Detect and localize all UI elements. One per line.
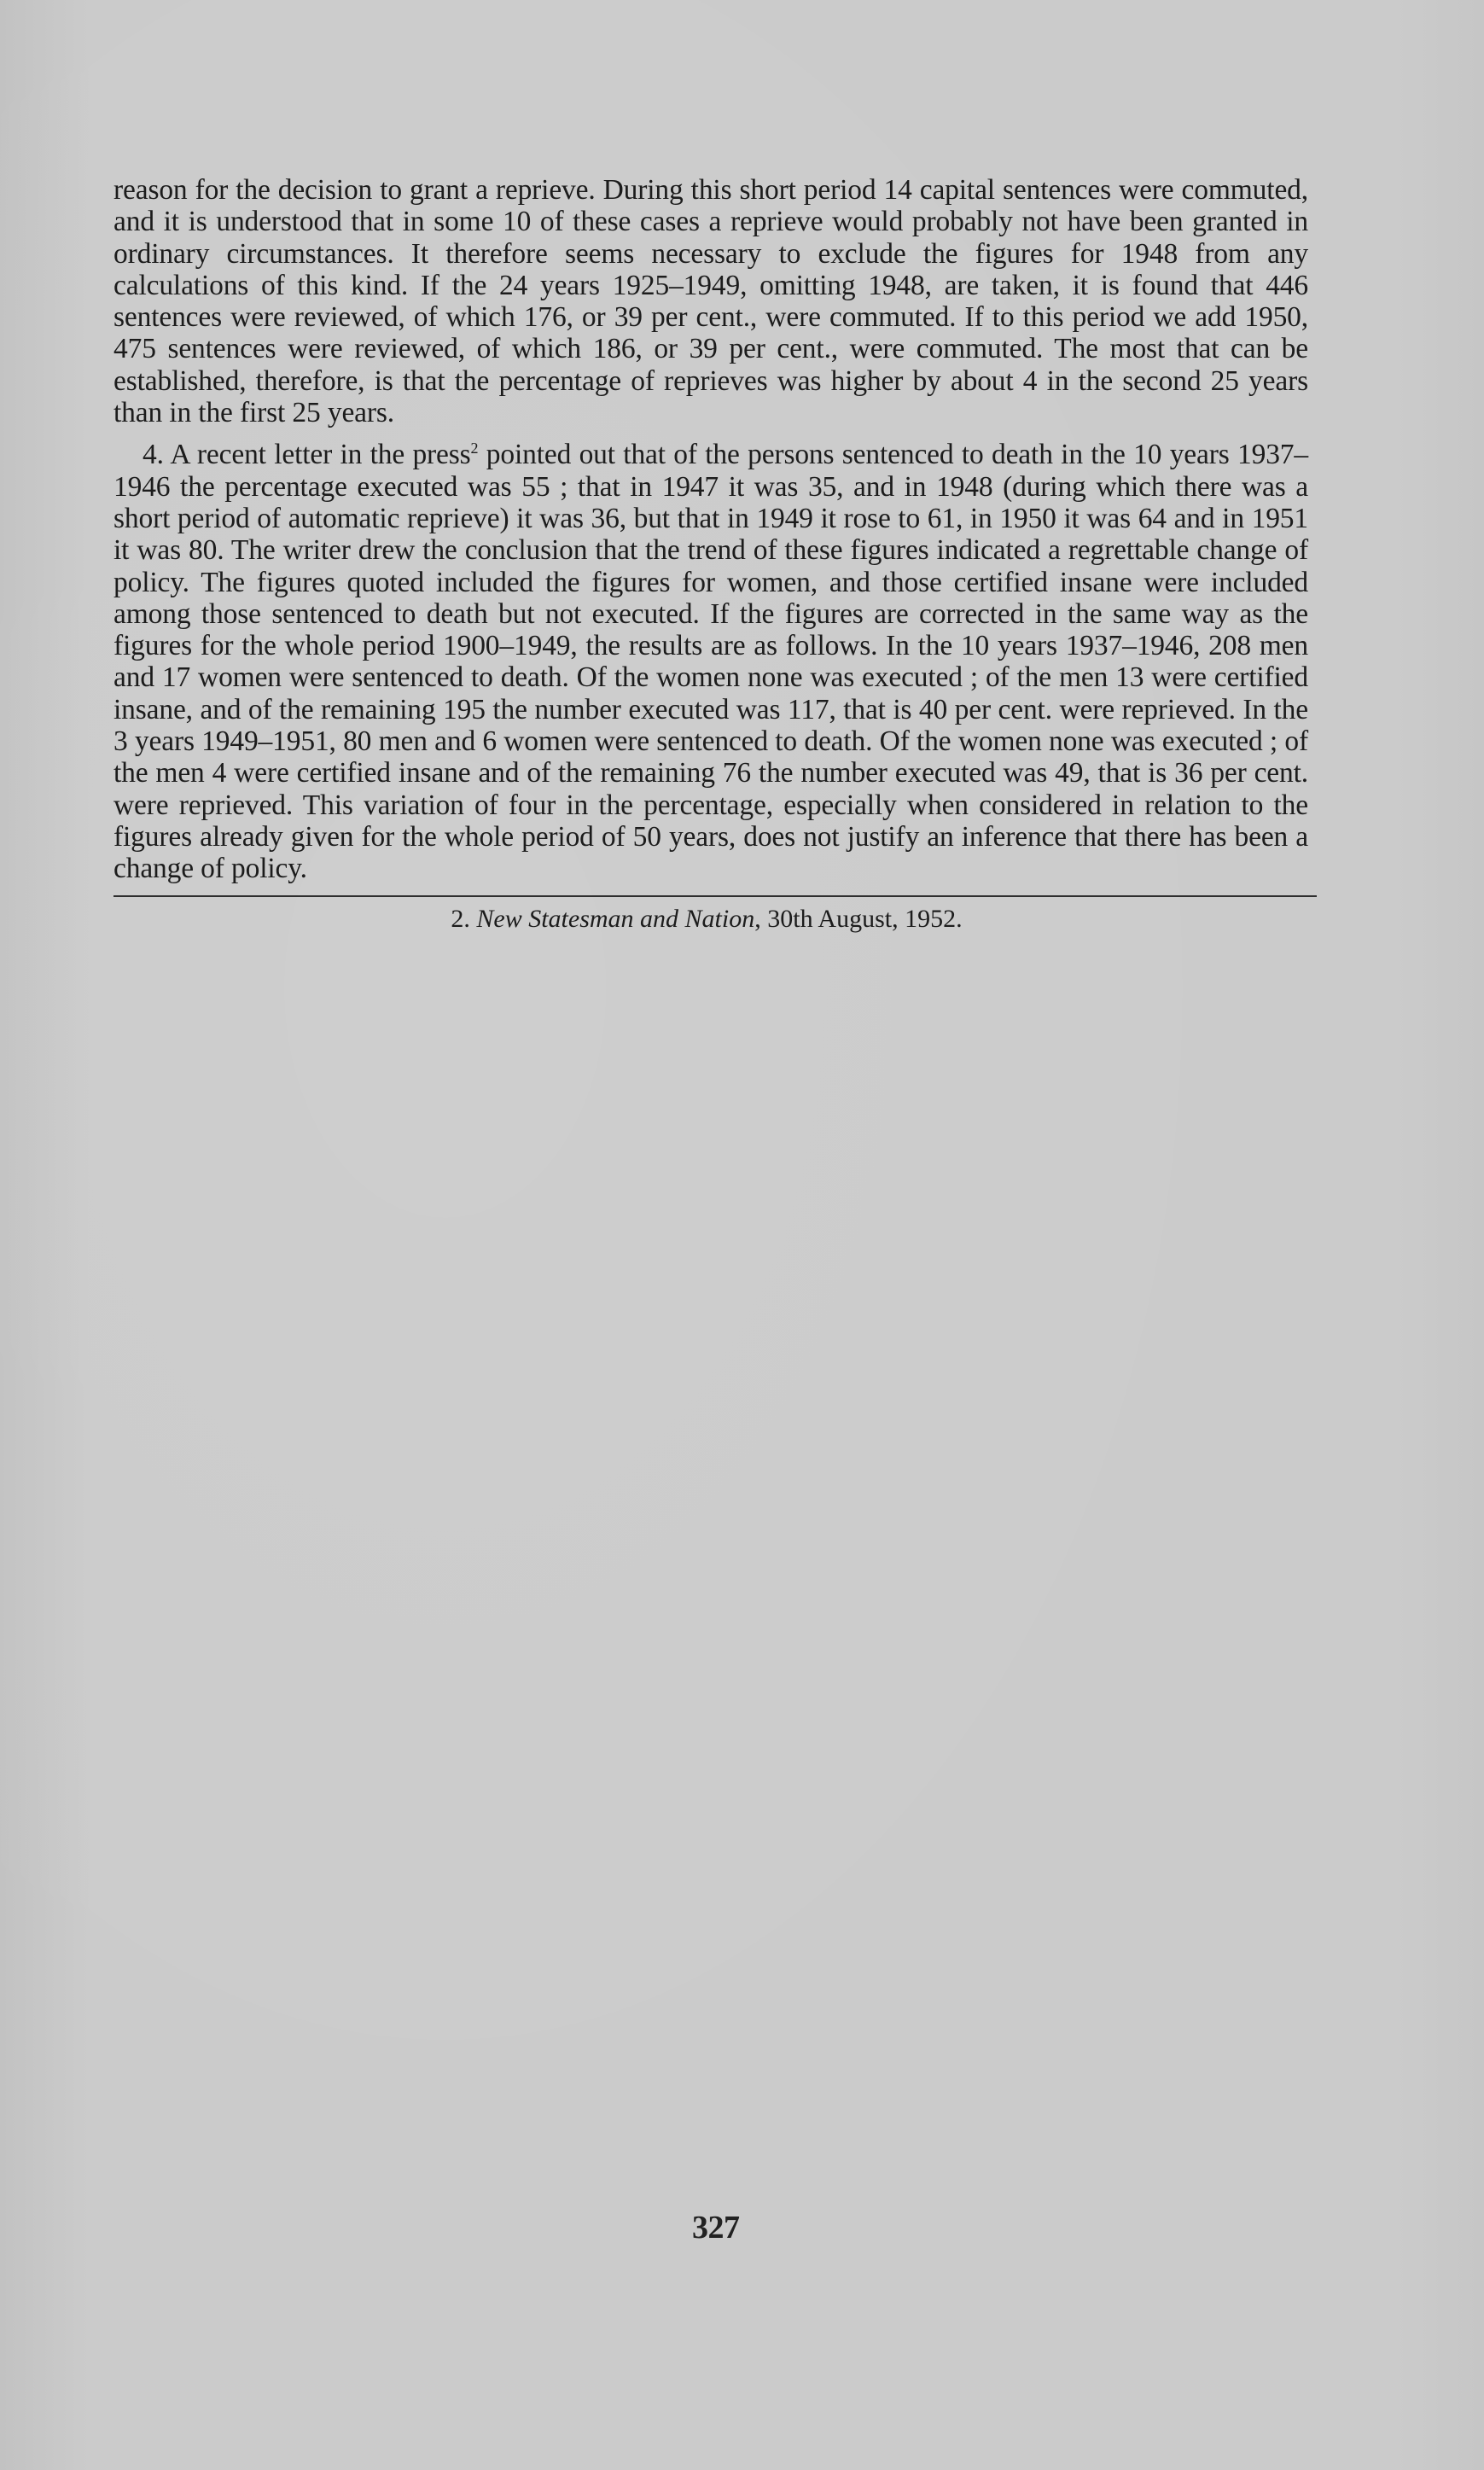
paragraph-text-before-ref: 4. A recent letter in the press: [143, 439, 471, 470]
paragraph-reprieve-calculation: reason for the decision to grant a repri…: [113, 174, 1308, 428]
footnote-number: 2.: [451, 905, 470, 933]
page-number: 327: [692, 2209, 740, 2246]
footnote: 2. New Statesman and Nation, 30th August…: [113, 905, 1308, 934]
paragraph-press-letter: 4. A recent letter in the press2 pointed…: [113, 439, 1308, 884]
footnote-divider: [113, 895, 1317, 897]
footnote-publication: New Statesman and Nation: [476, 905, 754, 933]
document-page: reason for the decision to grant a repri…: [113, 174, 1308, 934]
footnote-date: , 30th August, 1952.: [754, 905, 962, 933]
paragraph-text-after-ref: pointed out that of the persons sentence…: [113, 439, 1308, 884]
